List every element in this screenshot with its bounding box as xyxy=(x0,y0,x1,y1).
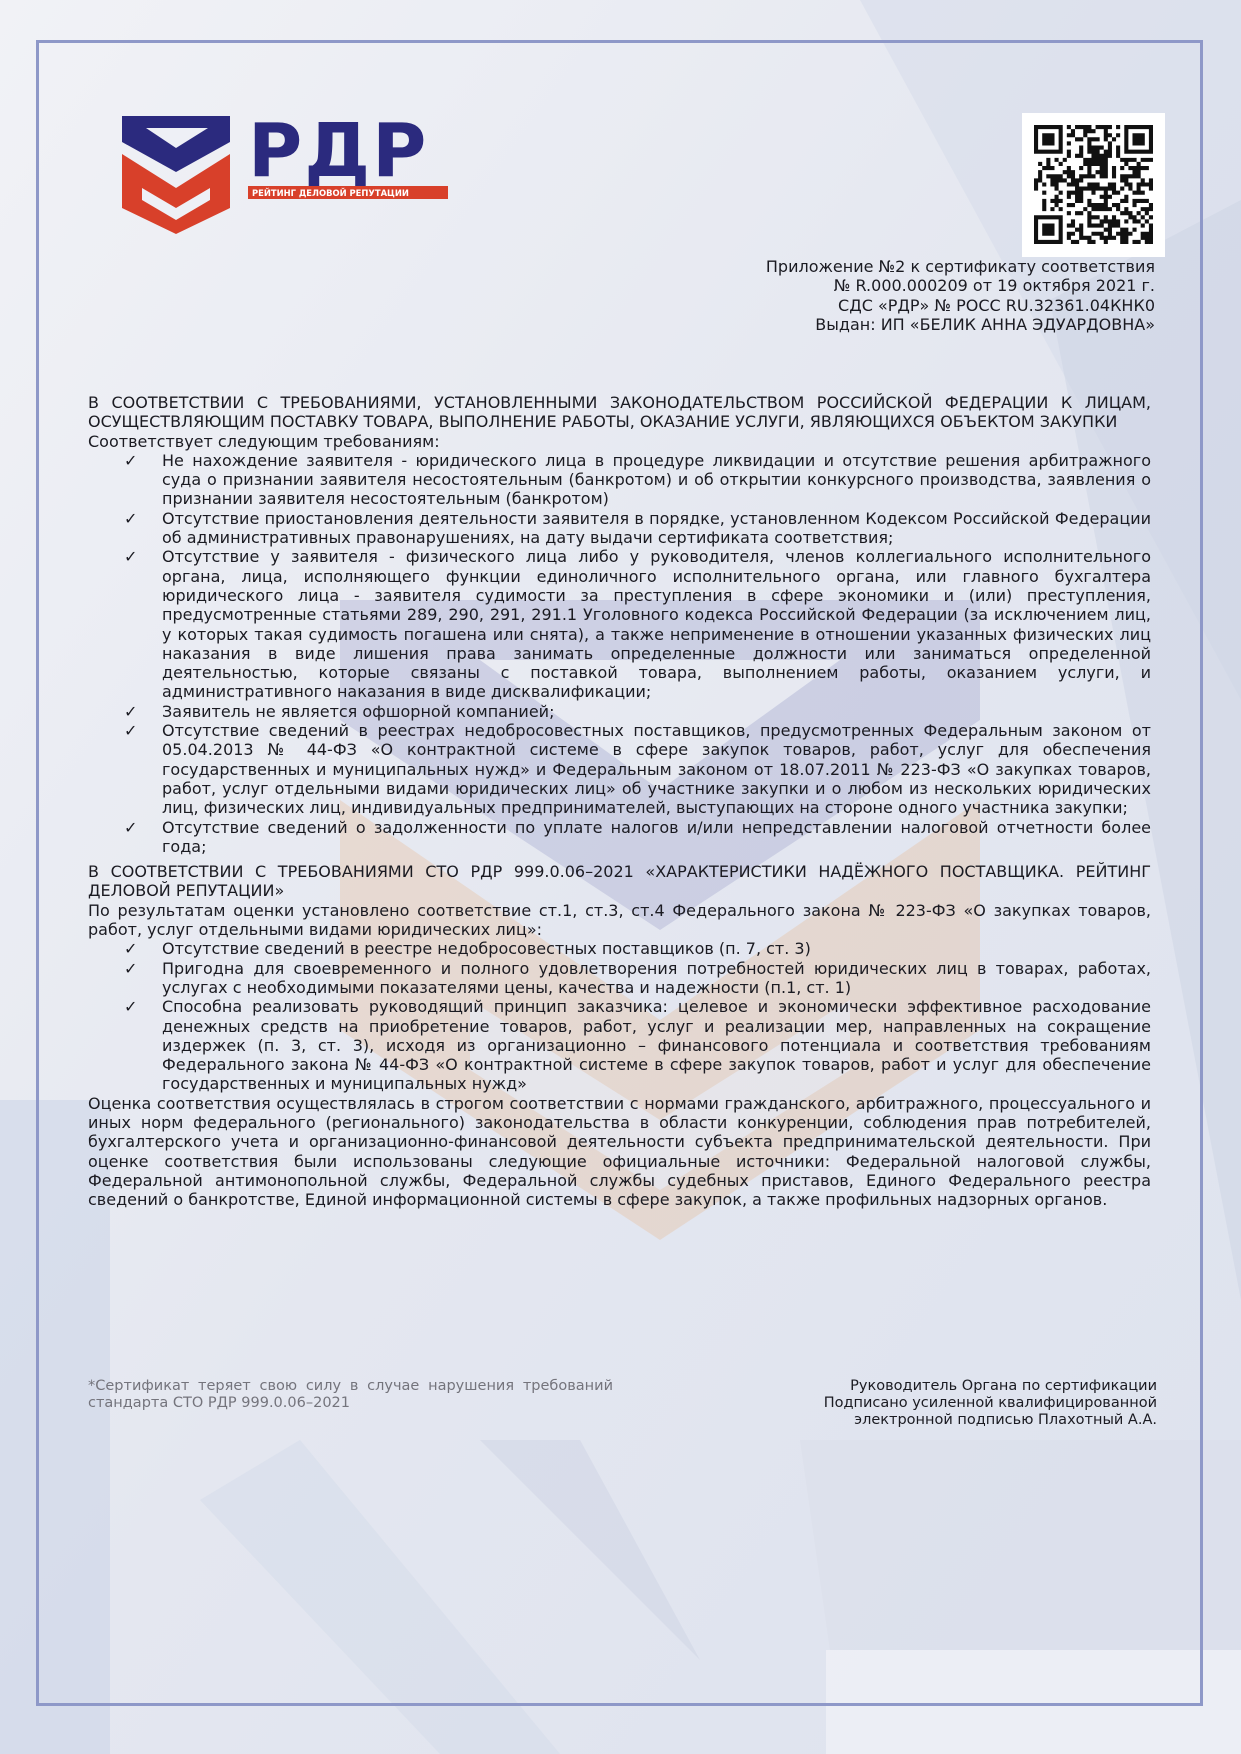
list-item: ✓Отсутствие у заявителя - физического ли… xyxy=(162,547,1151,701)
list-item: ✓Отсутствие сведений о задолженности по … xyxy=(162,818,1151,857)
list-item: ✓Отсутствие приостановления деятельности… xyxy=(162,509,1151,548)
list-item-text: Отсутствие у заявителя - физического лиц… xyxy=(162,547,1151,701)
list-item-text: Отсутствие сведений о задолженности по у… xyxy=(162,818,1151,856)
check-icon: ✓ xyxy=(124,818,137,837)
certificate-header-line: Выдан: ИП «БЕЛИК АННА ЭДУАРДОВНА» xyxy=(766,315,1155,334)
document-body: В СООТВЕТСТВИИ С ТРЕБОВАНИЯМИ, УСТАНОВЛЕ… xyxy=(88,393,1151,1209)
section1-intro: Соответствует следующим требованиям: xyxy=(88,432,1151,451)
check-icon: ✓ xyxy=(124,702,137,721)
signature-block: Руководитель Органа по сертификации Подп… xyxy=(824,1378,1157,1429)
list-item: ✓Отсутствие сведений в реестрах недоброс… xyxy=(162,721,1151,817)
section2-intro: По результатам оценки установлено соотве… xyxy=(88,901,1151,940)
signature-line: Подписано усиленной квалифицированной xyxy=(824,1395,1157,1412)
certificate-header: Приложение №2 к сертификату соответствия… xyxy=(766,257,1155,334)
section2-heading: В СООТВЕТСТВИИ С ТРЕБОВАНИЯМИ СТО РДР 99… xyxy=(88,862,1151,901)
section1-heading: В СООТВЕТСТВИИ С ТРЕБОВАНИЯМИ, УСТАНОВЛЕ… xyxy=(88,393,1151,432)
logo-text: РДР xyxy=(248,110,428,194)
list-item: ✓Отсутствие сведений в реестре недобросо… xyxy=(162,939,1151,958)
qr-code-icon xyxy=(1034,125,1153,244)
section2: В СООТВЕТСТВИИ С ТРЕБОВАНИЯМИ СТО РДР 99… xyxy=(88,862,1151,1094)
list-item: ✓Не нахождение заявителя - юридического … xyxy=(162,451,1151,509)
section1-requirements-list: ✓Не нахождение заявителя - юридического … xyxy=(88,451,1151,856)
rdr-logo-icon: РДР РЕЙТИНГ ДЕЛОВОЙ РЕПУТАЦИИ xyxy=(120,110,460,235)
footer-note: *Сертификат теряет свою силу в случае на… xyxy=(88,1378,613,1412)
list-item-text: Не нахождение заявителя - юридического л… xyxy=(162,451,1151,509)
list-item-text: Отсутствие сведений в реестрах недобросо… xyxy=(162,721,1151,817)
list-item-text: Отсутствие сведений в реестре недобросов… xyxy=(162,939,811,958)
signature-line: электронной подписью Плахотный А.А. xyxy=(824,1412,1157,1429)
signature-line: Руководитель Органа по сертификации xyxy=(824,1378,1157,1395)
list-item-text: Заявитель не является офшорной компанией… xyxy=(162,702,554,721)
check-icon: ✓ xyxy=(124,547,137,566)
rdr-logo: РДР РЕЙТИНГ ДЕЛОВОЙ РЕПУТАЦИИ xyxy=(120,110,460,235)
qr-code xyxy=(1022,113,1165,257)
list-item: ✓Способна реализовать руководящий принци… xyxy=(162,997,1151,1093)
check-icon: ✓ xyxy=(124,939,137,958)
certificate-header-line: СДС «РДР» № РОСС RU.32361.04КНК0 xyxy=(766,296,1155,315)
check-icon: ✓ xyxy=(124,721,137,740)
list-item: ✓Пригодна для своевременного и полного у… xyxy=(162,959,1151,998)
list-item: ✓Заявитель не является офшорной компание… xyxy=(162,702,1151,721)
closing-paragraph: Оценка соответствия осуществлялась в стр… xyxy=(88,1094,1151,1210)
check-icon: ✓ xyxy=(124,959,137,978)
section2-requirements-list: ✓Отсутствие сведений в реестре недобросо… xyxy=(88,939,1151,1093)
check-icon: ✓ xyxy=(124,509,137,528)
list-item-text: Способна реализовать руководящий принцип… xyxy=(162,997,1151,1093)
certificate-header-line: № R.000.000209 от 19 октября 2021 г. xyxy=(766,276,1155,295)
certificate-header-line: Приложение №2 к сертификату соответствия xyxy=(766,257,1155,276)
check-icon: ✓ xyxy=(124,451,137,470)
list-item-text: Отсутствие приостановления деятельности … xyxy=(162,509,1151,547)
check-icon: ✓ xyxy=(124,997,137,1016)
logo-tagline: РЕЙТИНГ ДЕЛОВОЙ РЕПУТАЦИИ xyxy=(252,187,409,198)
list-item-text: Пригодна для своевременного и полного уд… xyxy=(162,959,1151,997)
